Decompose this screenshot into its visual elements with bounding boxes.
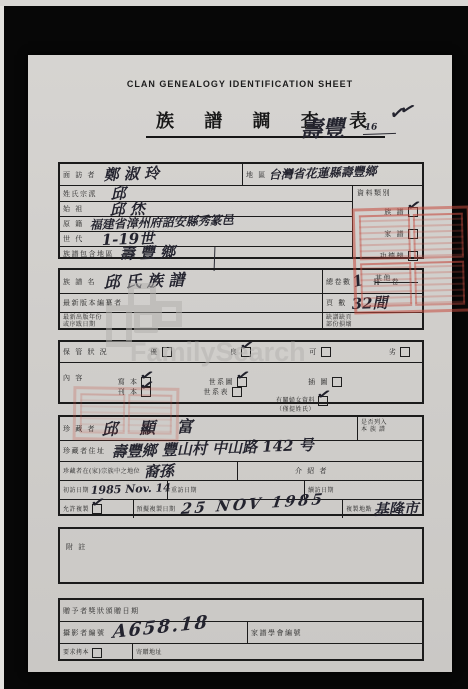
editor-label: 最新版本編纂者 bbox=[63, 298, 123, 308]
gongdebang-checkbox: ✓ bbox=[408, 251, 418, 261]
content-pedigree-chart: 世系圖 ✓ bbox=[209, 377, 248, 387]
category-option-gongdebang: 功德榜 ✓ bbox=[380, 251, 419, 261]
pubyear-label: 最新出版年份 bbox=[63, 314, 319, 321]
form-title: 族 譜 調 查 表 bbox=[146, 107, 385, 138]
photographer-number-label: 攝影者編號 bbox=[63, 628, 106, 638]
annotation-small-note: 16 bbox=[363, 122, 396, 135]
copy-permission: 允許複製 ✓ bbox=[63, 504, 102, 514]
notes-box: 附 註 bbox=[58, 527, 424, 584]
content-women-note: （僅提姓氏） bbox=[276, 406, 328, 413]
missing-label: 缺譜缺頁 bbox=[326, 314, 419, 321]
book-title-value: 邱 氏 族 譜 bbox=[103, 267, 184, 293]
content-women-data: 有關婦女資料 ✓ （僅提姓氏） bbox=[276, 387, 328, 413]
zupu-checkmark: ✓ bbox=[405, 198, 422, 214]
volumes-unit-ce: 冊 bbox=[373, 277, 382, 287]
category-option-jiapu: 家 譜 ✓ bbox=[384, 229, 418, 239]
zupu-checkbox: ✓ bbox=[408, 207, 418, 217]
listed-in-genealogy-label: 是否列入 bbox=[361, 419, 419, 426]
holder-name-label: 珍 藏 者 bbox=[63, 424, 96, 434]
interviewer-value: 鄭 淑 玲 bbox=[103, 162, 159, 185]
interviewer-label: 面 訪 者 bbox=[63, 170, 96, 180]
first-visit-label: 初訪日期 bbox=[63, 487, 89, 494]
pages-value: 32間 bbox=[351, 291, 388, 313]
volumes-value: 1 bbox=[350, 271, 364, 291]
region-label: 地 區 bbox=[246, 170, 267, 180]
holder-address-label: 珍藏者住址 bbox=[63, 446, 106, 456]
region-value: 台灣省花蓮縣壽豐鄉 bbox=[268, 162, 377, 183]
holder-position-value: 裔孫 bbox=[143, 459, 174, 481]
book-title-label: 族 譜 名 bbox=[63, 277, 96, 287]
form-page: CLAN GENEALOGY IDENTIFICATION SHEET 族 譜 … bbox=[28, 55, 452, 672]
introducer-label: 介 紹 者 bbox=[295, 466, 328, 476]
first-visit-value: 1985 Nov. 14 bbox=[91, 481, 171, 497]
pubyear-label2: 或序跋日期 bbox=[63, 321, 319, 328]
missing-label2: 部份損壞 bbox=[326, 321, 419, 328]
mailing-address-label: 寄贈地址 bbox=[136, 649, 162, 656]
annotation-handwritten: 壽豐 bbox=[300, 111, 345, 144]
jiapu-checkbox: ✓ bbox=[408, 229, 418, 239]
copy-place-label: 複製地點 bbox=[346, 506, 372, 513]
planned-copy-date-label: 預擬複製日期 bbox=[137, 506, 176, 513]
generations-label: 世 代 bbox=[63, 234, 84, 244]
revisit-label: 重訪日期 bbox=[171, 487, 197, 494]
condition-content-table: 保 管 狀 況 優 ✓ 良 ✓ 可 ✓ 劣 ✓ bbox=[58, 340, 424, 404]
notes-label: 附 註 bbox=[66, 543, 87, 551]
condition-label: 保 管 狀 況 bbox=[63, 347, 108, 357]
sheet-title: CLAN GENEALOGY IDENTIFICATION SHEET bbox=[28, 79, 452, 89]
origin-label: 原 籍 bbox=[63, 219, 84, 229]
coverage-area-label: 族譜包含地區 bbox=[63, 249, 114, 259]
content-illustrations: 插 圖 ✓ bbox=[308, 377, 342, 387]
copy-request: 要求拷本 ✓ bbox=[63, 648, 102, 658]
holder-table: 珍 藏 者 邱 顯 富 是否列入 本 族 譜 珍藏者住址 壽豐鄉 豐山村 中山路… bbox=[58, 415, 424, 516]
content-pedigree-table: 世系表 ✓ bbox=[203, 387, 242, 397]
scan-edge-top bbox=[0, 0, 468, 6]
condition-option-poor: 劣 ✓ bbox=[389, 347, 411, 357]
volumes-label: 總卷數 bbox=[326, 277, 352, 287]
copy-place-value: 基隆市 bbox=[373, 497, 419, 520]
volumes-unit-juan: 卷 bbox=[391, 277, 400, 287]
content-printed: 刊 本 ✓ bbox=[118, 387, 152, 397]
condition-option-good: 良 ✓ bbox=[230, 347, 252, 357]
condition-option-excellent: 優 ✓ bbox=[150, 347, 172, 357]
admin-table: 贈予者獎狀頒贈日期 攝影者編號 A658.18 家譜學會編號 要求拷本 bbox=[58, 598, 424, 661]
ancestor-label: 始 祖 bbox=[63, 204, 84, 214]
scanned-frame: CLAN GENEALOGY IDENTIFICATION SHEET 族 譜 … bbox=[0, 0, 468, 689]
award-date-label: 贈予者獎狀頒贈日期 bbox=[63, 606, 140, 616]
scan-edge-left bbox=[0, 6, 4, 689]
content-label: 內 容 bbox=[63, 373, 84, 383]
book-info-table: 族 譜 名 邱 氏 族 譜 總卷數 1 冊 卷 最新版本編纂者 頁 數 32間 bbox=[58, 268, 424, 330]
condition-option-fair: 可 ✓ bbox=[309, 347, 331, 357]
coverage-area-value: 壽 豐 鄉 bbox=[119, 241, 175, 264]
clan-label: 姓氏宗派 bbox=[63, 189, 97, 199]
holder-position-label: 珍藏者在(家)宗族中之地位 bbox=[63, 468, 140, 475]
category-option-zupu: 族 譜 ✓ bbox=[384, 207, 418, 217]
holder-name-value: 邱 顯 富 bbox=[101, 414, 201, 440]
society-number-label: 家譜學會編號 bbox=[251, 628, 302, 638]
pages-label: 頁 數 bbox=[326, 298, 347, 308]
survey-info-table: 面 訪 者 鄭 淑 玲 地 區 台灣省花蓮縣壽豐鄉 姓氏宗派 邱 始 祖 邱 bbox=[58, 162, 424, 259]
